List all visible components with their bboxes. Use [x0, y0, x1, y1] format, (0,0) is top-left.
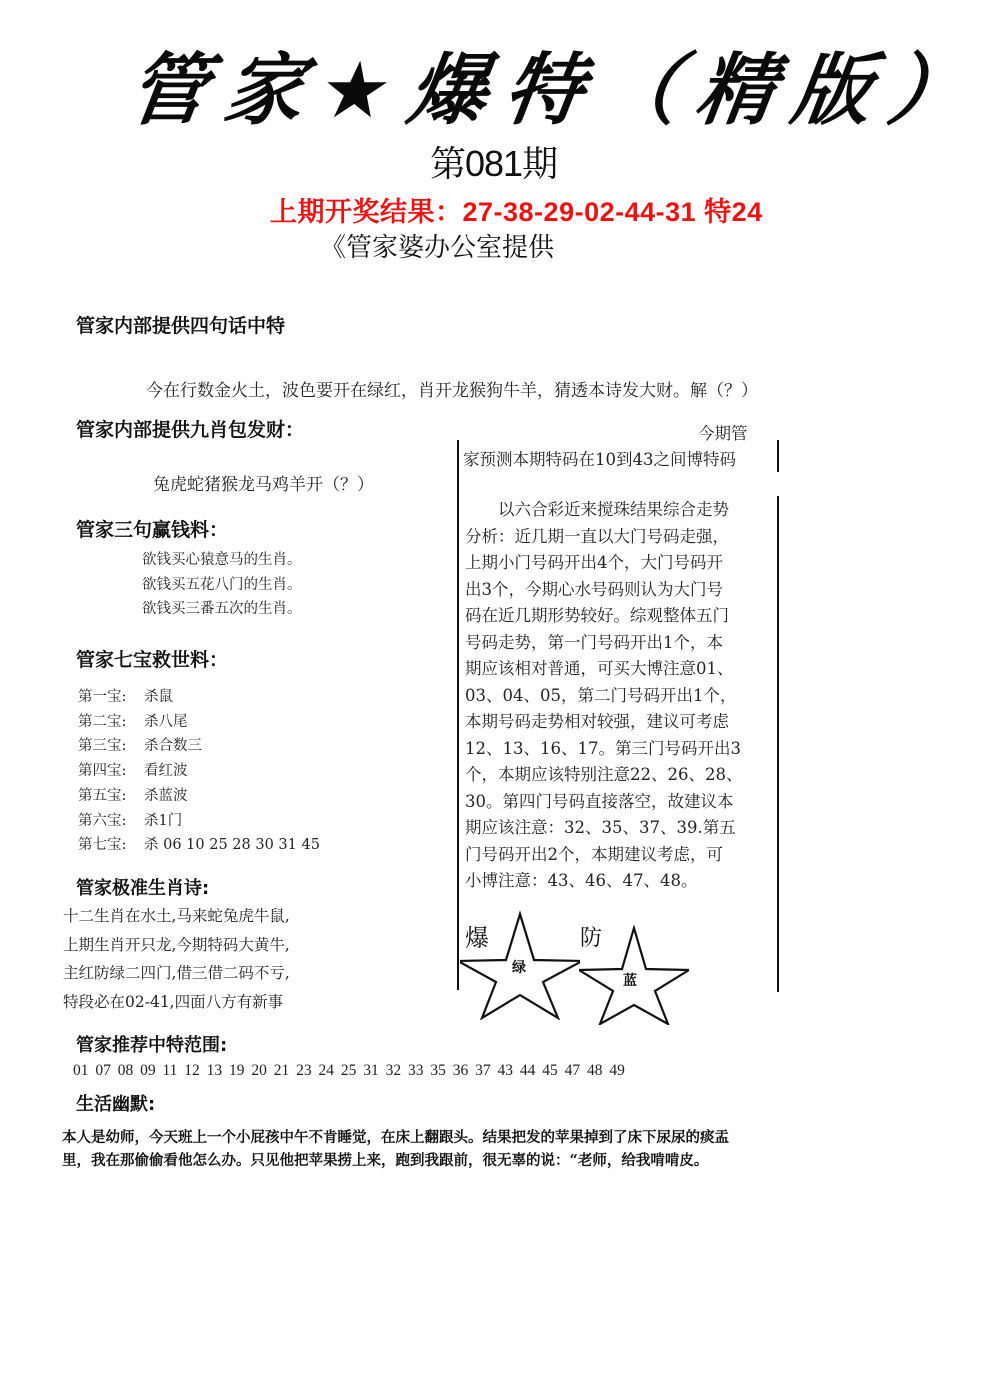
analysis-line: 以六合彩近来搅珠结果综合走势	[465, 497, 743, 524]
poem-heading: 管家极准生肖诗:	[76, 874, 209, 900]
treasure-label: 第四宝:	[78, 759, 144, 784]
nine-zodiac-heading: 管家内部提供九肖包发财：	[76, 415, 304, 442]
nine-zodiac-text: 兔虎蛇猪猴龙马鸡羊开（？）	[153, 470, 374, 495]
three-lines-heading: 管家三句赢钱料：	[76, 515, 228, 542]
treasure-label: 第七宝:	[78, 833, 144, 858]
analysis-line: 码在近几期形势较好。综观整体五门	[465, 603, 743, 630]
seven-treasures-heading: 管家七宝救世料：	[76, 645, 228, 672]
treasure-value: 杀 06 10 25 28 30 31 45	[144, 837, 320, 853]
analysis-line: 03、04、05，第二门号码开出1个，	[465, 683, 743, 710]
poem-line: 特段必在02-41,四面八方有新事	[63, 988, 290, 1017]
four-lines-text: 今在行数金火土，波色要开在绿红，肖开龙猴狗牛羊，猜透本诗发大财。解（？）	[146, 376, 758, 401]
treasure-value: 杀鼠	[144, 689, 173, 705]
humor-text: 本人是幼师，今天班上一个小屁孩中午不肯睡觉，在床上翻跟头。结果把发的苹果掉到了床…	[62, 1126, 729, 1172]
recommend-heading: 管家推荐中特范围:	[76, 1031, 227, 1057]
treasure-item: 第七宝:杀 06 10 25 28 30 31 45	[78, 833, 320, 858]
analysis-line: 个，本期应该特别注意22、26、28、	[465, 762, 743, 789]
humor-line: 本人是幼师，今天班上一个小屁孩中午不肯睡觉，在床上翻跟头。结果把发的苹果掉到了床…	[62, 1126, 729, 1149]
analysis-line: 号码走势，第一门号码开出1个，本	[465, 630, 743, 657]
analysis-line: 期应该注意：32、35、37、39.第五	[465, 815, 743, 842]
poem-line: 十二生肖在水土,马来蛇兔虎牛鼠,	[63, 902, 290, 931]
provider-line: 《管家婆办公室提供	[320, 227, 554, 264]
treasure-item: 第六宝:杀1门	[78, 809, 320, 834]
treasure-label: 第五宝:	[78, 784, 144, 809]
treasure-item: 第四宝:看红波	[78, 759, 320, 784]
treasure-label: 第二宝:	[78, 710, 144, 735]
treasure-value: 杀八尾	[144, 714, 188, 730]
treasure-item: 第五宝:杀蓝波	[78, 784, 320, 809]
poem-lines: 十二生肖在水土,马来蛇兔虎牛鼠, 上期生肖开只龙,今期特码大黄牛, 主红防绿二四…	[63, 902, 290, 1016]
guard-star-text: 蓝	[623, 970, 637, 990]
prediction-intro-line: 家预测本期特码在10到43之间博特码	[463, 447, 736, 474]
treasure-label: 第一宝:	[78, 685, 144, 710]
page-title: 管家★爆特（精版）	[122, 28, 981, 140]
treasure-item: 第三宝:杀合数三	[78, 734, 320, 759]
three-lines-item: 欲钱买心猿意马的生肖。	[142, 548, 302, 573]
three-lines-list: 欲钱买心猿意马的生肖。 欲钱买五花八门的生肖。 欲钱买三番五次的生肖。	[142, 548, 302, 622]
humor-line: 里，我在那偷偷看他怎么办。只见他把苹果捞上来，跑到我跟前，很无辜的说：“老师，给…	[62, 1149, 729, 1172]
treasure-label: 第六宝:	[78, 809, 144, 834]
treasure-item: 第一宝:杀鼠	[78, 685, 320, 710]
treasure-label: 第三宝:	[78, 734, 144, 759]
analysis-line: 上期小门号码开出4个，大门号码开	[465, 550, 743, 577]
treasure-value: 看红波	[144, 763, 188, 779]
last-result-label: 上期开奖结果：	[270, 197, 463, 227]
analysis-line: 出3个，今期心水号码则认为大门号	[465, 577, 743, 604]
box-left-border	[457, 440, 459, 990]
treasure-value: 杀1门	[144, 813, 182, 829]
issue-number: 第081期	[430, 136, 557, 187]
three-lines-item: 欲钱买三番五次的生肖。	[142, 597, 302, 622]
prediction-intro-tail: 今期管	[698, 421, 748, 448]
analysis-line: 门号码开出2个，本期建议考虑，可	[465, 842, 743, 869]
treasure-value: 杀合数三	[144, 738, 202, 754]
last-result-special: 特24	[704, 197, 763, 227]
analysis-line: 本期号码走势相对较强，建议可考虑	[465, 709, 743, 736]
box-right-border	[777, 440, 779, 472]
analysis-line: 分析：近几期一直以大门号码走强，	[465, 524, 743, 551]
analysis-line: 小博注意：43、46、47、48。	[465, 868, 743, 895]
three-lines-item: 欲钱买五花八门的生肖。	[142, 573, 302, 598]
recommend-numbers: 01 07 08 09 11 12 13 19 20 21 23 24 25 3…	[73, 1062, 625, 1080]
four-lines-heading: 管家内部提供四句话中特	[76, 311, 285, 338]
poem-line: 上期生肖开只龙,今期特码大黄牛,	[63, 931, 290, 960]
last-draw-result: 上期开奖结果：27-38-29-02-44-31 特24	[270, 190, 763, 229]
poem-line: 主红防绿二四门,借三借二码不亏,	[63, 959, 290, 988]
humor-heading: 生活幽默:	[76, 1090, 155, 1116]
seven-treasures-list: 第一宝:杀鼠 第二宝:杀八尾 第三宝:杀合数三 第四宝:看红波 第五宝:杀蓝波 …	[78, 685, 320, 858]
analysis-line: 12、13、16、17。第三门号码开出3	[465, 736, 743, 763]
last-result-numbers: 27-38-29-02-44-31	[463, 197, 697, 227]
treasure-value: 杀蓝波	[144, 788, 188, 804]
analysis-line: 期应该相对普通，可买大博注意01、	[465, 656, 743, 683]
treasure-item: 第二宝:杀八尾	[78, 710, 320, 735]
analysis-line: 30。第四门号码直接落空，故建议本	[465, 789, 743, 816]
burst-star-text: 绿	[512, 957, 526, 977]
box-right-border	[777, 496, 779, 992]
prediction-analysis: 以六合彩近来搅珠结果综合走势 分析：近几期一直以大门号码走强， 上期小门号码开出…	[465, 497, 743, 895]
